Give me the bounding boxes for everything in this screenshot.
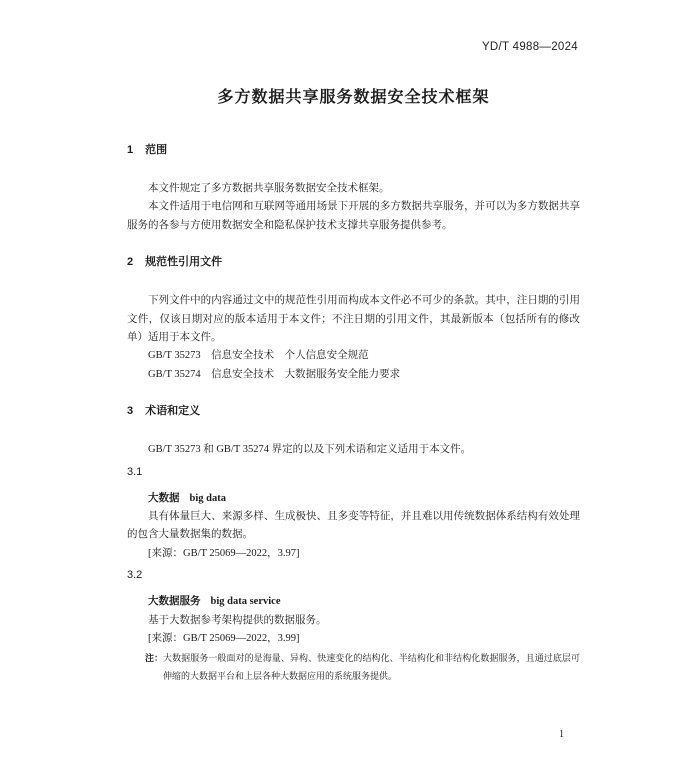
paragraph: GB/T 35273 和 GB/T 35274 界定的以及下列术语和定义适用于本…: [127, 441, 580, 459]
term-name: 大数据服务big data service: [127, 592, 580, 611]
term-name-zh: 大数据: [148, 492, 180, 504]
term-source: [来源：GB/T 25069—2022，3.97]: [127, 545, 580, 563]
term-entry: 3.2 大数据服务big data service 基于大数据参考架构提供的数据…: [127, 568, 580, 684]
term-name: 大数据big data: [127, 489, 580, 508]
section-terms-and-definitions: 3术语和定义 GB/T 35273 和 GB/T 35274 界定的以及下列术语…: [127, 404, 580, 684]
section-number: 1: [127, 144, 133, 156]
term-source: [来源：GB/T 25069—2022，3.99]: [127, 630, 580, 648]
section-heading: 2规范性引用文件: [127, 255, 580, 270]
term-definition: 具有体量巨大、来源多样、生成极快、且多变等特征，并且难以用传统数据体系结构有效处…: [127, 508, 580, 545]
section-heading-text: 范围: [145, 144, 167, 156]
term-entry: 3.1 大数据big data 具有体量巨大、来源多样、生成极快、且多变等特征，…: [127, 465, 580, 564]
doc-code: YD/T 4988—2024: [482, 41, 578, 53]
section-heading-text: 术语和定义: [145, 405, 200, 417]
section-heading-text: 规范性引用文件: [145, 256, 222, 268]
section-normative-references: 2规范性引用文件 下列文件中的内容通过文中的规范性引用而构成本文件必不可少的条款…: [127, 255, 580, 384]
reference-item: GB/T 35273 信息安全技术 个人信息安全规范: [127, 347, 580, 365]
term-id: 3.1: [127, 465, 580, 480]
term-note: 注： 大数据服务一般面对的是海量、异构、快速变化的结构化、半结构化和非结构化数据…: [145, 649, 580, 685]
page-title: 多方数据共享服务数据安全技术框架: [127, 88, 580, 108]
paragraph: 下列文件中的内容通过文中的规范性引用而构成本文件必不可少的条款。其中，注日期的引…: [127, 292, 580, 347]
page-number: 1: [559, 729, 564, 740]
paragraph: 本文件适用于电信网和互联网等通用场景下开展的多方数据共享服务，并可以为多方数据共…: [127, 198, 580, 235]
document-page: YD/T 4988—2024 多方数据共享服务数据安全技术框架 1范围 本文件规…: [0, 0, 684, 782]
term-id: 3.2: [127, 568, 580, 583]
term-name-en: big data: [190, 493, 226, 504]
reference-item: GB/T 35274 信息安全技术 大数据服务安全能力要求: [127, 366, 580, 384]
section-heading: 1范围: [127, 143, 580, 158]
section-scope: 1范围 本文件规定了多方数据共享服务数据安全技术框架。 本文件适用于电信网和互联…: [127, 143, 580, 235]
section-number: 3: [127, 405, 133, 417]
section-number: 2: [127, 256, 133, 268]
note-text: 大数据服务一般面对的是海量、异构、快速变化的结构化、半结构化和非结构化数据服务，…: [163, 649, 580, 685]
term-name-zh: 大数据服务: [148, 595, 201, 607]
term-definition: 基于大数据参考架构提供的数据服务。: [127, 612, 580, 630]
paragraph: 本文件规定了多方数据共享服务数据安全技术框架。: [127, 180, 580, 198]
document-content: 多方数据共享服务数据安全技术框架 1范围 本文件规定了多方数据共享服务数据安全技…: [0, 0, 684, 685]
section-heading: 3术语和定义: [127, 404, 580, 419]
note-label: 注：: [145, 649, 163, 685]
term-name-en: big data service: [211, 596, 281, 607]
